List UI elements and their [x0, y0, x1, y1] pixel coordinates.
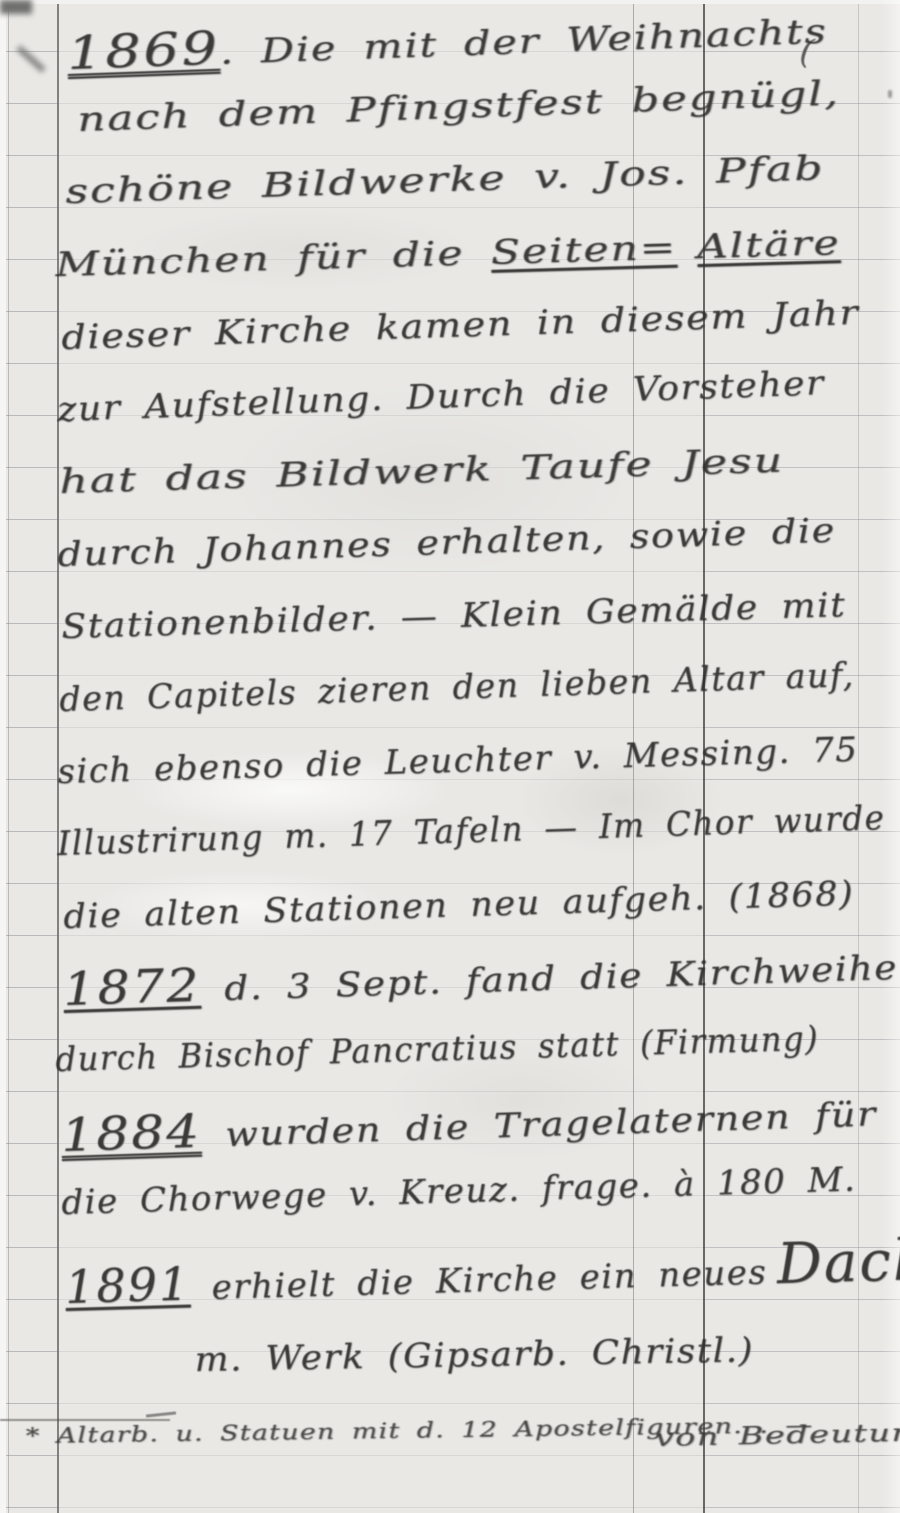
year-1884: 1884 [60, 1104, 202, 1162]
handwriting-line-13: die alten Stationen neu aufgeh. (1868) [63, 874, 855, 937]
line-text: erhielt die Kirche ein neues [190, 1252, 768, 1308]
handwriting-line-2: nach dem Pfingstfest begnügl, [77, 73, 841, 140]
line-text: . Die mit der Weihnachts [219, 11, 828, 72]
handwriting-line-1: 1869. Die mit der Weihnachts [66, 0, 828, 80]
handwriting-line-14: 1872 d. 3 Sept. fand die Kirchweihe [62, 936, 898, 1016]
line-text: Stationenbilder. — Klein Gemälde mit [61, 585, 847, 647]
large-word-dach: Dach [776, 1228, 900, 1297]
footnote-separator [0, 1419, 170, 1421]
handwriting-line-11: sich ebenso die Leuchter v. Messing. 75 [57, 730, 859, 792]
line-text: durch Johannes erhalten, sowie die [57, 511, 837, 575]
corner-smudge [0, 0, 32, 14]
line-text: Illustrirung m. 17 Tafeln — Im Chor wurd… [57, 798, 886, 864]
handwriting-line-19: m. Werk (Gipsarb. Christl.) [194, 1330, 754, 1380]
line-text: schöne Bildwerke v. Jos. Pfab [65, 148, 825, 212]
handwriting-line-8: durch Johannes erhalten, sowie die [57, 511, 837, 575]
line-text: wurden die Tragelaternen für [201, 1094, 878, 1155]
scanned-document-page: ( 1869. Die mit der Weihnachts nach dem … [0, 0, 900, 1513]
handwriting-line-7: hat das Bildwerk Taufe Jesu [59, 441, 785, 502]
line-text: d. 3 Sept. fand die Kirchweihe [200, 948, 898, 1010]
line-text: dieser Kirche kamen in diesem Jahr [61, 293, 860, 358]
line-text: die alten Stationen neu aufgeh. (1868) [63, 874, 855, 937]
stray-ink-dot [888, 90, 892, 98]
line-text: zur Aufstellung. Durch die Vorsteher [57, 363, 826, 430]
line-text: hat das Bildwerk Taufe Jesu [59, 441, 785, 502]
underlined-word-seiten: Seiten= [490, 228, 677, 273]
year-1891: 1891 [64, 1257, 191, 1314]
handwriting-line-16: 1884 wurden die Tragelaternen für [60, 1082, 877, 1162]
handwriting-line-12: Illustrirung m. 17 Tafeln — Im Chor wurd… [57, 798, 886, 864]
year-1869: 1869 [66, 21, 220, 80]
scan-edge-left [0, 0, 6, 1513]
handwriting-line-6: zur Aufstellung. Durch die Vorsteher [57, 363, 826, 430]
line-text: m. Werk (Gipsarb. Christl.) [194, 1330, 754, 1380]
line-text: nach dem Pfingstfest begnügl, [77, 73, 841, 140]
line-text: die Chorwege v. Kreuz. frage. à 180 M. [61, 1159, 857, 1223]
line-text: München für die [55, 234, 465, 285]
footnote-tick [146, 1411, 176, 1417]
handwriting-line-3: schöne Bildwerke v. Jos. Pfab [65, 148, 825, 212]
line-text: den Capitels zieren den lieben Altar auf… [59, 655, 855, 720]
handwriting-line-4: München für die Seiten=Altäre [55, 223, 841, 285]
handwriting-line-17: die Chorwege v. Kreuz. frage. à 180 M. [61, 1159, 857, 1223]
ink-smudge [16, 45, 45, 72]
footnote-text: von Bedeutung [654, 1418, 900, 1452]
handwriting-line-18: 1891 erhielt die Kirche ein neuesDach [64, 1228, 900, 1317]
handwriting-line-10: den Capitels zieren den lieben Altar auf… [59, 655, 855, 720]
handwriting-line-9: Stationenbilder. — Klein Gemälde mit [61, 585, 847, 647]
line-text: sich ebenso die Leuchter v. Messing. 75 [57, 730, 859, 792]
handwriting-line-5: dieser Kirche kamen in diesem Jahr [61, 293, 860, 358]
footnote-right: von Bedeutung [654, 1418, 900, 1452]
year-1872: 1872 [62, 958, 201, 1016]
vertical-rule-left-edge [8, 0, 9, 1513]
underlined-word-altaere: Altäre [696, 223, 840, 267]
